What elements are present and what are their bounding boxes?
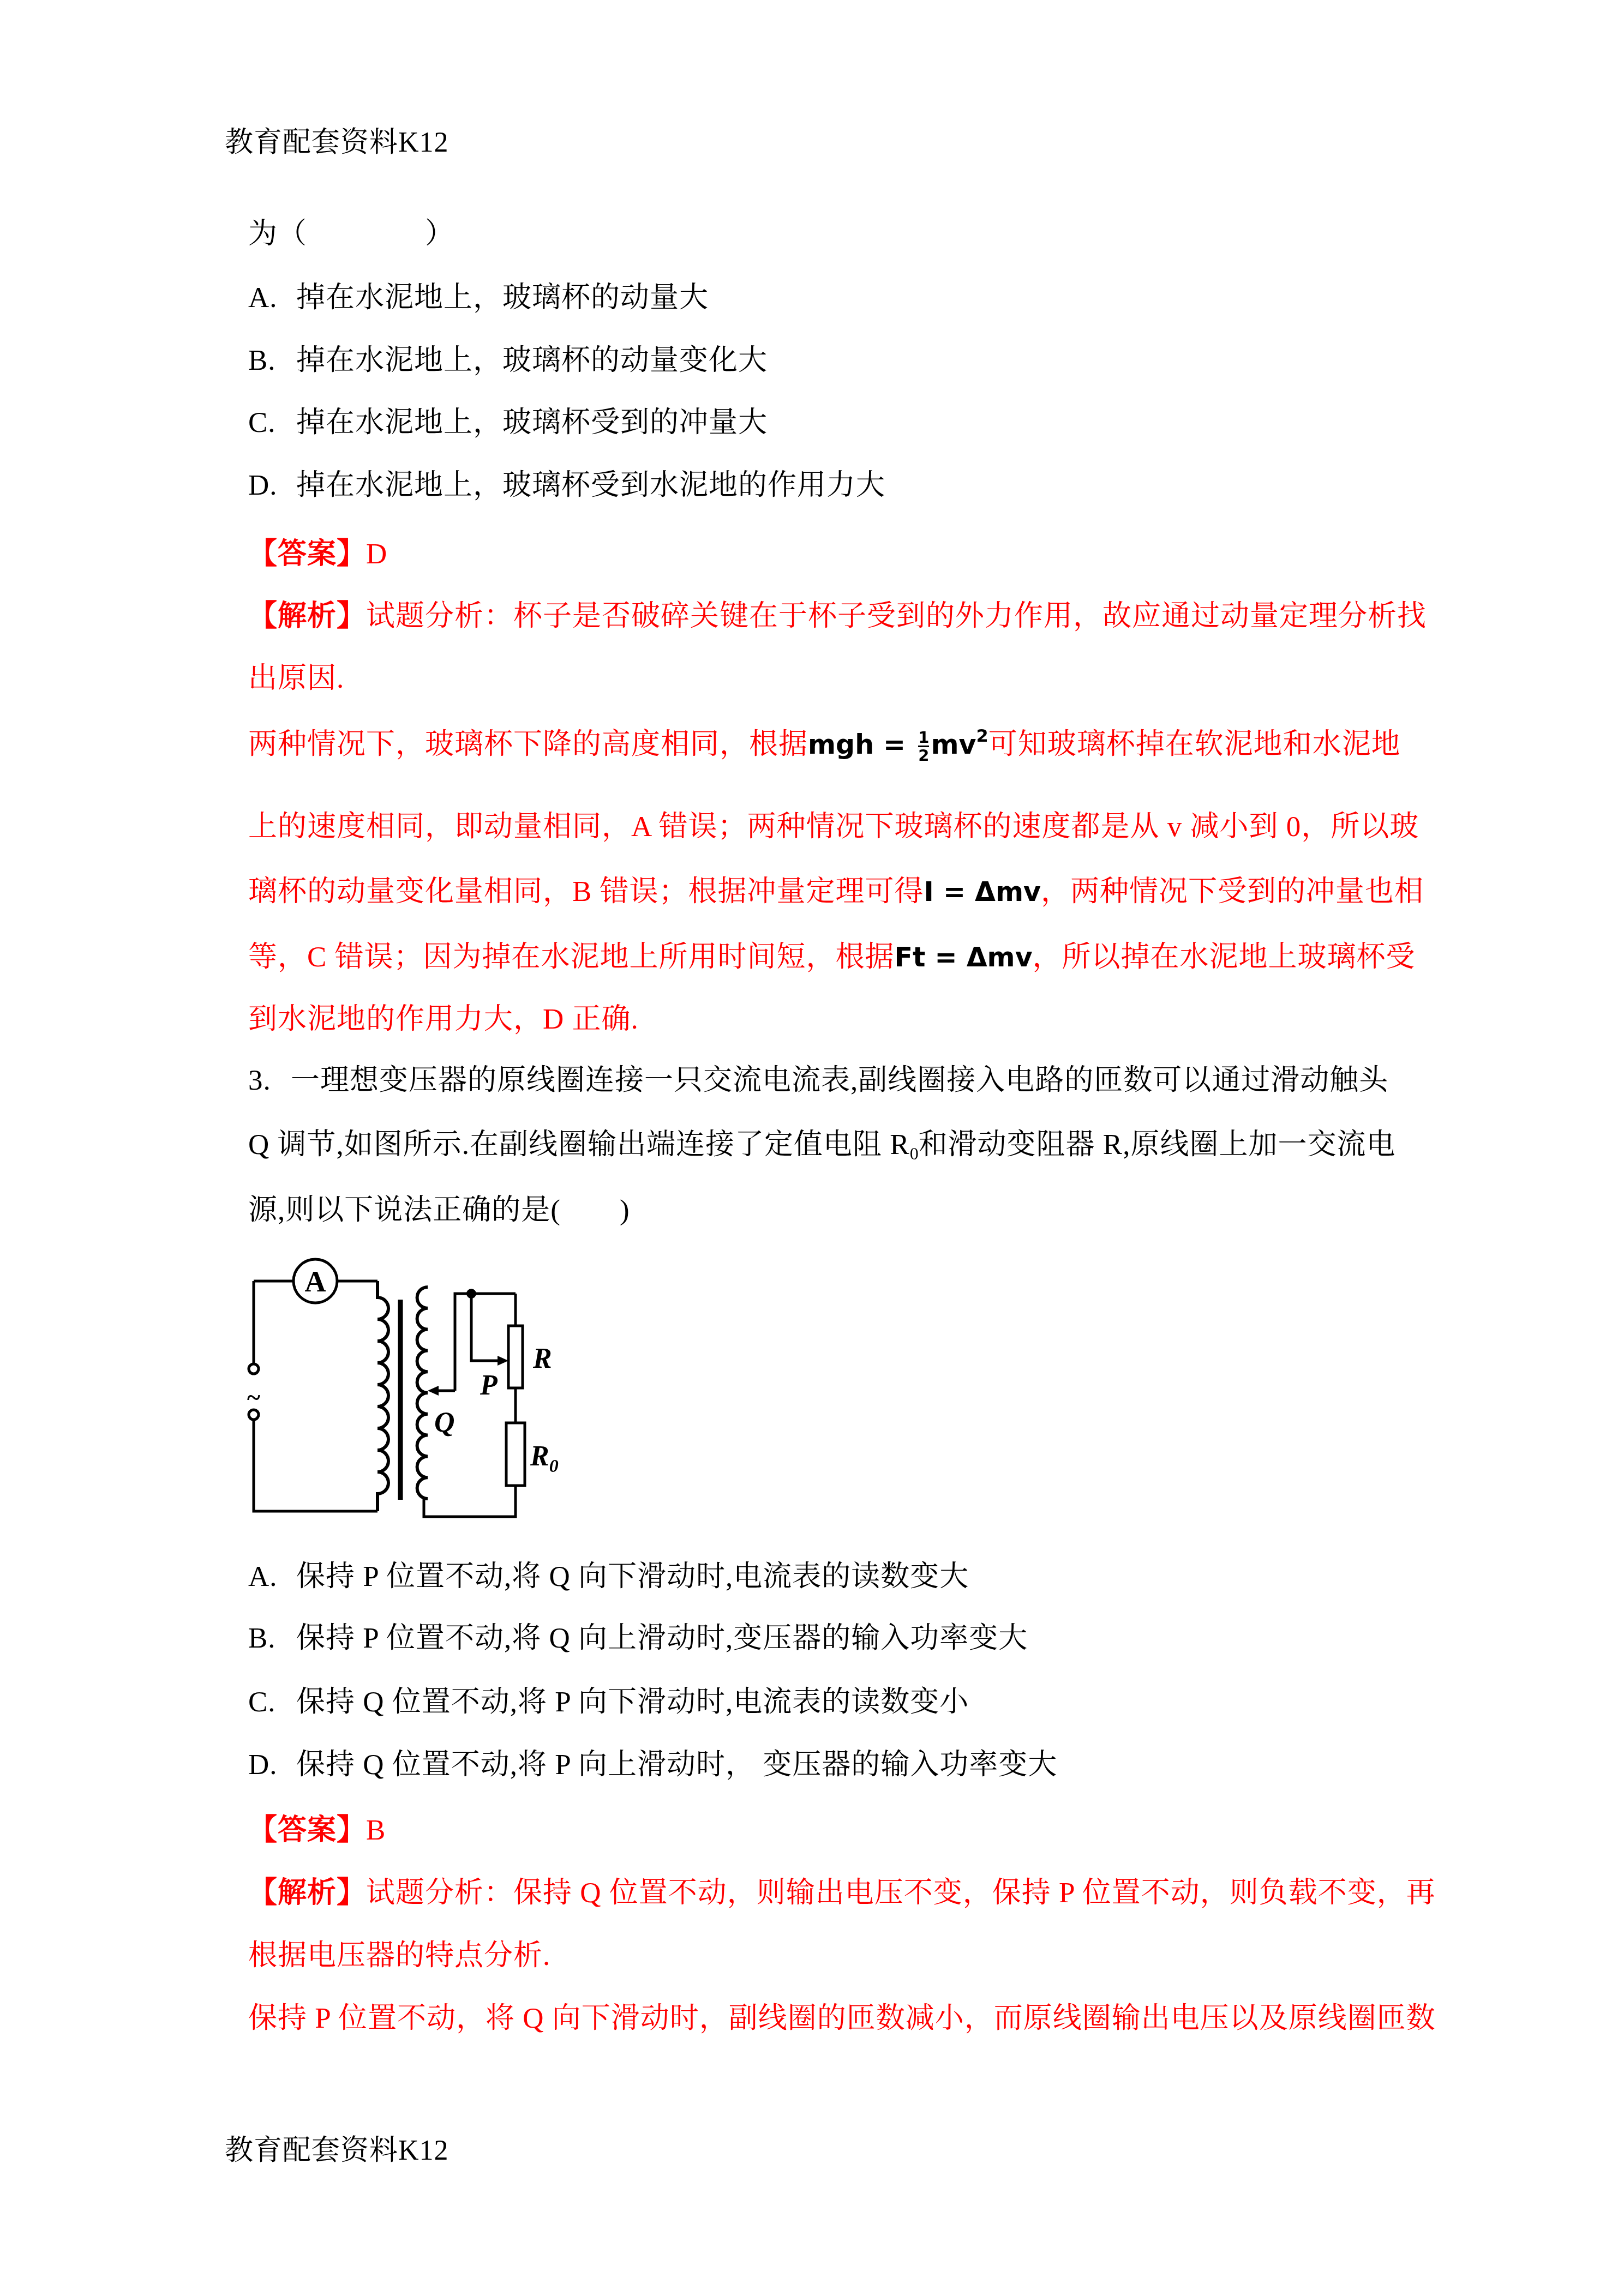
question-text: Q 调节,如图所示.在副线圈输出端连接了定值电阻 R: [248, 1129, 910, 1161]
p-label: P: [480, 1370, 498, 1401]
q-slider-arrow-icon: [428, 1386, 439, 1396]
formula-exponent: 2: [976, 725, 988, 746]
option-text: 掉在水泥地上，玻璃杯受到的冲量大: [296, 407, 768, 438]
q-label: Q: [434, 1407, 455, 1438]
q2-answer-line: 【答案】D: [248, 536, 387, 572]
option-text: 保持 P 位置不动,将 Q 向下滑动时,电流表的读数变大: [296, 1561, 969, 1592]
formula-mv: mv: [931, 729, 976, 760]
option-text: 掉在水泥地上，玻璃杯的动量变化大: [296, 345, 768, 376]
analysis-text: 根据电压器的特点分析.: [248, 1940, 550, 1972]
option-label: B.: [248, 342, 280, 378]
q3-analysis-line2: 根据电压器的特点分析.: [248, 1938, 550, 1974]
option-text: 保持 P 位置不动,将 Q 向上滑动时,变压器的输入功率变大: [296, 1622, 1028, 1654]
analysis-text: 可知玻璃杯掉在软泥地和水泥地: [988, 729, 1401, 760]
secondary-bottom-wire: [424, 1486, 516, 1517]
primary-coil: [377, 1281, 388, 1511]
q2-option-c: C.掉在水泥地上，玻璃杯受到的冲量大: [248, 405, 768, 441]
r0-subscript: 0: [549, 1456, 559, 1476]
q2-stem-tail: 为（ ）: [248, 216, 454, 252]
question-text: 源,则以下说法正确的是( ): [248, 1194, 630, 1226]
r-label: R: [532, 1343, 552, 1374]
q2-analysis-line7: 到水泥地的作用力大，D 正确.: [248, 1001, 639, 1037]
answer-tag: 【答案】: [248, 538, 366, 570]
r0-base: R: [530, 1441, 549, 1472]
analysis-text: 保持 P 位置不动，将 Q 向下滑动时，副线圈的匝数减小，而原线圈输出电压以及原…: [248, 2003, 1436, 2034]
r0-label: R0: [530, 1441, 559, 1476]
wire-bottom-left: [254, 1420, 377, 1511]
q3-analysis-line3: 保持 P 位置不动，将 Q 向下滑动时，副线圈的匝数减小，而原线圈输出电压以及原…: [248, 2000, 1436, 2036]
analysis-text: 等，C 错误；因为掉在水泥地上所用时间短，根据: [248, 941, 895, 973]
analysis-text: 上的速度相同，即动量相同，A 错误；两种情况下玻璃杯的速度都是从 v 减小到 0…: [248, 811, 1419, 843]
q3-option-c: C.保持 Q 位置不动,将 P 向下滑动时,电流表的读数变小: [248, 1684, 969, 1720]
analysis-text: ，所以掉在水泥地上玻璃杯受: [1033, 941, 1416, 973]
answer-tag: 【答案】: [248, 1814, 366, 1846]
fraction-one-half: 12: [918, 729, 929, 764]
option-label: D.: [248, 467, 280, 503]
q3-option-d: D.保持 Q 位置不动,将 P 向上滑动时， 变压器的输入功率变大: [248, 1747, 1057, 1783]
analysis-tag: 【解析】: [248, 600, 366, 632]
fraction-denominator: 2: [918, 746, 929, 764]
fraction-numerator: 1: [918, 729, 929, 746]
q2-analysis-line6: 等，C 错误；因为掉在水泥地上所用时间短，根据Ft = Δmv，所以掉在水泥地上…: [248, 939, 1416, 975]
q3-option-a: A.保持 P 位置不动,将 Q 向下滑动时,电流表的读数变大: [248, 1559, 969, 1595]
question-text: 一理想变压器的原线圈连接一只交流电流表,副线圈接入电路的匝数可以通过滑动触头: [291, 1065, 1388, 1096]
option-label: A.: [248, 1559, 280, 1595]
ac-terminal-bottom: [249, 1410, 259, 1420]
ac-source-icon: ~: [247, 1384, 260, 1411]
option-text: 保持 Q 位置不动,将 P 向下滑动时,电流表的读数变小: [296, 1686, 969, 1718]
option-label: A.: [248, 280, 280, 316]
secondary-coil: [417, 1287, 428, 1499]
option-label: D.: [248, 1747, 280, 1783]
page-header: 教育配套资料K12: [225, 119, 449, 160]
q3-stem-line1: 3.一理想变压器的原线圈连接一只交流电流表,副线圈接入电路的匝数可以通过滑动触头: [248, 1062, 1388, 1098]
analysis-text: 出原因.: [248, 663, 344, 694]
formula-mgh: mgh = 12mv2: [808, 729, 988, 760]
q2-analysis-line4: 上的速度相同，即动量相同，A 错误；两种情况下玻璃杯的速度都是从 v 减小到 0…: [248, 809, 1419, 845]
q3-analysis-line1: 【解析】试题分析：保持 Q 位置不动，则输出电压不变，保持 P 位置不动，则负载…: [248, 1875, 1436, 1911]
question-number: 3.: [248, 1062, 275, 1098]
analysis-text: 试题分析：杯子是否破碎关键在于杯子受到的外力作用，故应通过动量定理分析找: [366, 600, 1427, 632]
option-label: C.: [248, 1684, 280, 1720]
q2-option-b: B.掉在水泥地上，玻璃杯的动量变化大: [248, 342, 768, 378]
analysis-text: 到水泥地的作用力大，D 正确.: [248, 1003, 639, 1035]
q2-analysis-line2: 出原因.: [248, 660, 344, 696]
q3-stem-line3: 源,则以下说法正确的是( ): [248, 1192, 630, 1228]
rheostat-r: [508, 1326, 523, 1388]
option-text: 保持 Q 位置不动,将 P 向上滑动时， 变压器的输入功率变大: [296, 1749, 1057, 1781]
q2-analysis-line1: 【解析】试题分析：杯子是否破碎关键在于杯子受到的外力作用，故应通过动量定理分析找: [248, 598, 1427, 634]
formula-impulse: I = Δmv: [924, 876, 1041, 907]
option-label: B.: [248, 1620, 280, 1656]
formula-ft: Ft = Δmv: [895, 942, 1033, 973]
page-footer: 教育配套资料K12: [225, 2127, 449, 2168]
question-text: 和滑动变阻器 R,原线圈上加一交流电: [919, 1129, 1396, 1161]
answer-value: D: [366, 538, 387, 570]
resistor-r0: [506, 1423, 525, 1486]
analysis-text: ，两种情况下受到的冲量也相: [1041, 876, 1424, 907]
option-text: 掉在水泥地上，玻璃杯的动量大: [296, 282, 709, 314]
option-text: 掉在水泥地上，玻璃杯受到水泥地的作用力大: [296, 470, 885, 501]
p-slider-arrow-icon: [498, 1356, 508, 1366]
q3-answer-line: 【答案】B: [248, 1812, 386, 1848]
q3-option-b: B.保持 P 位置不动,将 Q 向上滑动时,变压器的输入功率变大: [248, 1620, 1028, 1656]
formula-lhs: mgh =: [808, 729, 915, 760]
analysis-text: 试题分析：保持 Q 位置不动，则输出电压不变，保持 P 位置不动，则负载不变，再: [366, 1877, 1436, 1909]
q2-option-a: A.掉在水泥地上，玻璃杯的动量大: [248, 280, 709, 316]
answer-value: B: [366, 1814, 386, 1846]
option-label: C.: [248, 405, 280, 441]
q2-analysis-line5: 璃杯的动量变化量相同，B 错误；根据冲量定理可得I = Δmv，两种情况下受到的…: [248, 874, 1424, 910]
analysis-text: 璃杯的动量变化量相同，B 错误；根据冲量定理可得: [248, 876, 924, 907]
ammeter-label: A: [305, 1265, 326, 1298]
ac-terminal-top: [249, 1364, 259, 1374]
p-branch-wire: [471, 1294, 498, 1361]
analysis-text: 两种情况下，玻璃杯下降的高度相同，根据: [248, 729, 808, 760]
analysis-tag: 【解析】: [248, 1877, 366, 1909]
q2-option-d: D.掉在水泥地上，玻璃杯受到水泥地的作用力大: [248, 467, 885, 503]
document-page: 教育配套资料K12 为（ ） A.掉在水泥地上，玻璃杯的动量大 B.掉在水泥地上…: [0, 0, 1624, 2296]
subscript-zero: 0: [910, 1144, 919, 1163]
q3-stem-line2: Q 调节,如图所示.在副线圈输出端连接了定值电阻 R0和滑动变阻器 R,原线圈上…: [248, 1127, 1395, 1164]
q2-analysis-line3: 两种情况下，玻璃杯下降的高度相同，根据mgh = 12mv2可知玻璃杯掉在软泥地…: [248, 726, 1401, 764]
transformer-circuit-figure: A ~ P Q R R0: [245, 1252, 562, 1524]
